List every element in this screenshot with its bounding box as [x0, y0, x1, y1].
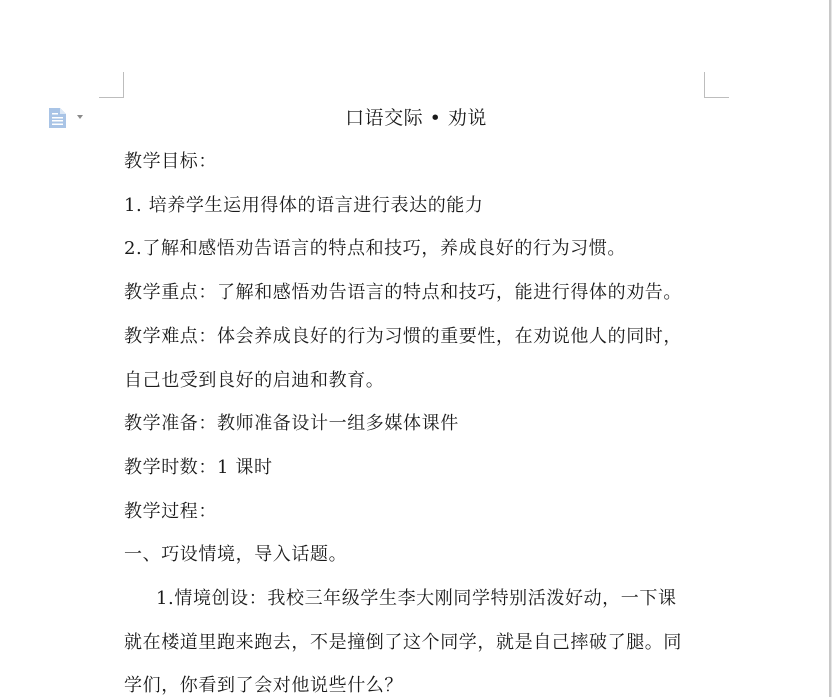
paragraph-difficulties-cont: 自己也受到良好的启迪和教育。	[124, 367, 714, 395]
document-page: 口语交际 • 劝说 教学目标： 1. 培养学生运用得体的语言进行表达的能力 2.…	[0, 0, 832, 697]
paragraph-scenario: 1.情境创设：我校三年级学生李大刚同学特别活泼好动，一下课	[156, 585, 746, 613]
top-left-margin-mark	[99, 72, 124, 98]
paragraph-process-heading: 教学过程：	[124, 498, 714, 526]
paragraph-scenario-cont-2: 学们，你看到了会对他说些什么？	[124, 672, 714, 697]
paragraph-scenario-cont-1: 就在楼道里跑来跑去，不是撞倒了这个同学，就是自己摔破了腿。同	[124, 629, 714, 657]
paragraph-preparation: 教学准备：教师准备设计一组多媒体课件	[124, 410, 714, 438]
document-title: 口语交际 • 劝说	[0, 104, 832, 132]
top-right-margin-mark	[704, 72, 729, 98]
paragraph-class-hours: 教学时数：1 课时	[124, 454, 714, 482]
paragraph-section-1: 一、巧设情境，导入话题。	[124, 541, 714, 569]
paragraph-objective-1: 1. 培养学生运用得体的语言进行表达的能力	[124, 192, 714, 220]
paragraph-objective-2: 2.了解和感悟劝告语言的特点和技巧，养成良好的行为习惯。	[124, 235, 714, 263]
paragraph-key-points: 教学重点：了解和感悟劝告语言的特点和技巧，能进行得体的劝告。	[124, 279, 714, 307]
paragraph-objectives-heading: 教学目标：	[124, 148, 714, 176]
paragraph-difficulties: 教学难点：体会养成良好的行为习惯的重要性，在劝说他人的同时，	[124, 323, 714, 351]
